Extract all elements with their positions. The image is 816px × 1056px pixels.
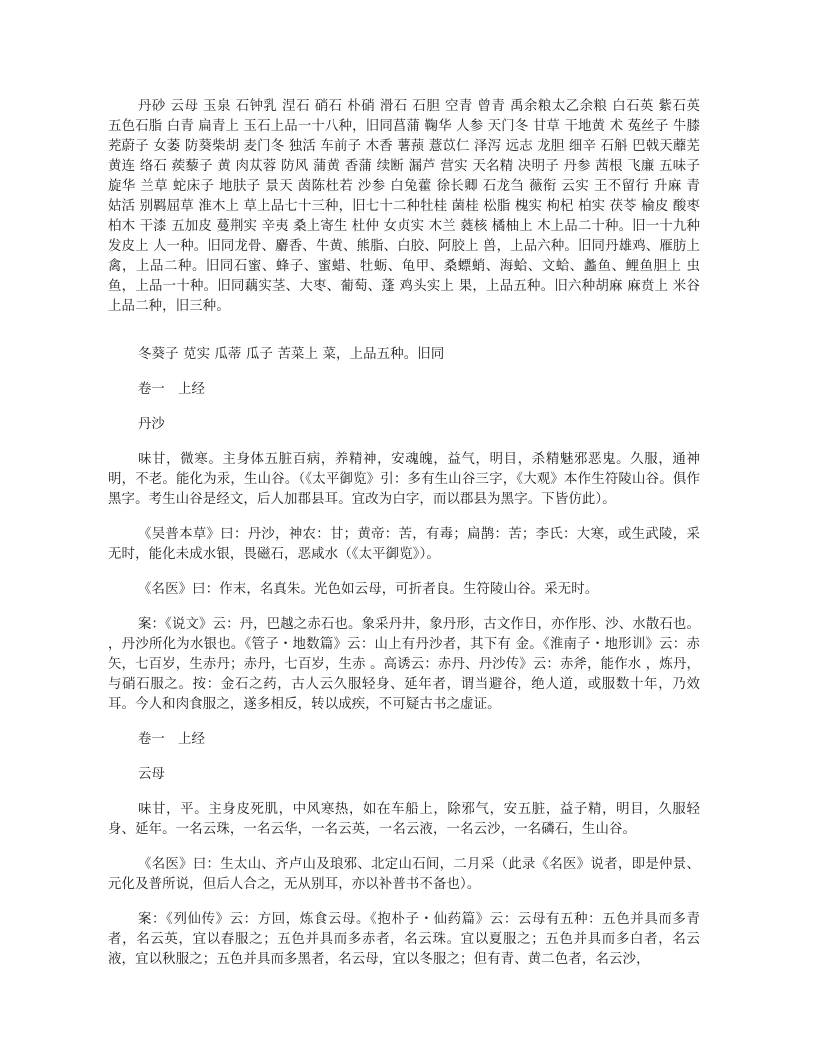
spacer — [108, 365, 700, 380]
spacer — [108, 840, 700, 855]
spacer — [108, 435, 700, 450]
entry-title-yunmu: 云母 — [108, 765, 700, 785]
volume-heading: 卷一 上经 — [108, 730, 700, 750]
dansha-commentary: 案：《说文》云：丹，巴越之赤石也。象采丹井，象丹形，古文作日，亦作彤、沙、水散石… — [108, 615, 700, 715]
yunmu-description: 味甘，平。主身皮死肌，中风寒热，如在车船上，除邪气，安五脏，益子精，明目，久服轻… — [108, 800, 700, 840]
herb-list-paragraph: 丹砂 云母 玉泉 石钟乳 涅石 硝石 朴硝 滑石 石胆 空青 曾青 禹余粮太乙余… — [108, 97, 700, 317]
vegetable-list-paragraph: 冬葵子 苋实 瓜蒂 瓜子 苦菜上 菜，上品五种。旧同 — [108, 345, 700, 365]
spacer — [108, 317, 700, 345]
spacer — [108, 750, 700, 765]
yunmu-mingyi-quote: 《名医》曰：生太山、齐卢山及琅邪、北定山石间，二月采（此录《名医》说者，即是仲景… — [108, 855, 700, 895]
spacer — [108, 565, 700, 580]
document-page: 丹砂 云母 玉泉 石钟乳 涅石 硝石 朴硝 滑石 石胆 空青 曾青 禹余粮太乙余… — [108, 37, 700, 970]
spacer — [108, 510, 700, 525]
entry-title-dansha: 丹沙 — [108, 415, 700, 435]
spacer — [108, 400, 700, 415]
spacer — [108, 785, 700, 800]
dansha-description: 味甘，微寒。主身体五脏百病，养精神，安魂魄，益气，明目，杀精魅邪恶鬼。久服，通神… — [108, 450, 700, 510]
top-margin-spacer — [108, 37, 700, 97]
spacer — [108, 895, 700, 910]
dansha-wupu-quote: 《吴普本草》曰：丹沙，神农：甘；黄帝：苦，有毒；扁鹊：苦；李氏：大寒，或生武陵，… — [108, 525, 700, 565]
dansha-mingyi-quote: 《名医》曰：作末，名真朱。光色如云母，可折者良。生符陵山谷。采无时。 — [108, 580, 700, 600]
spacer — [108, 715, 700, 730]
spacer — [108, 600, 700, 615]
volume-heading: 卷一 上经 — [108, 380, 700, 400]
yunmu-commentary: 案：《列仙传》云：方回，炼食云母。《抱朴子・仙药篇》云：云母有五种：五色并具而多… — [108, 910, 700, 970]
